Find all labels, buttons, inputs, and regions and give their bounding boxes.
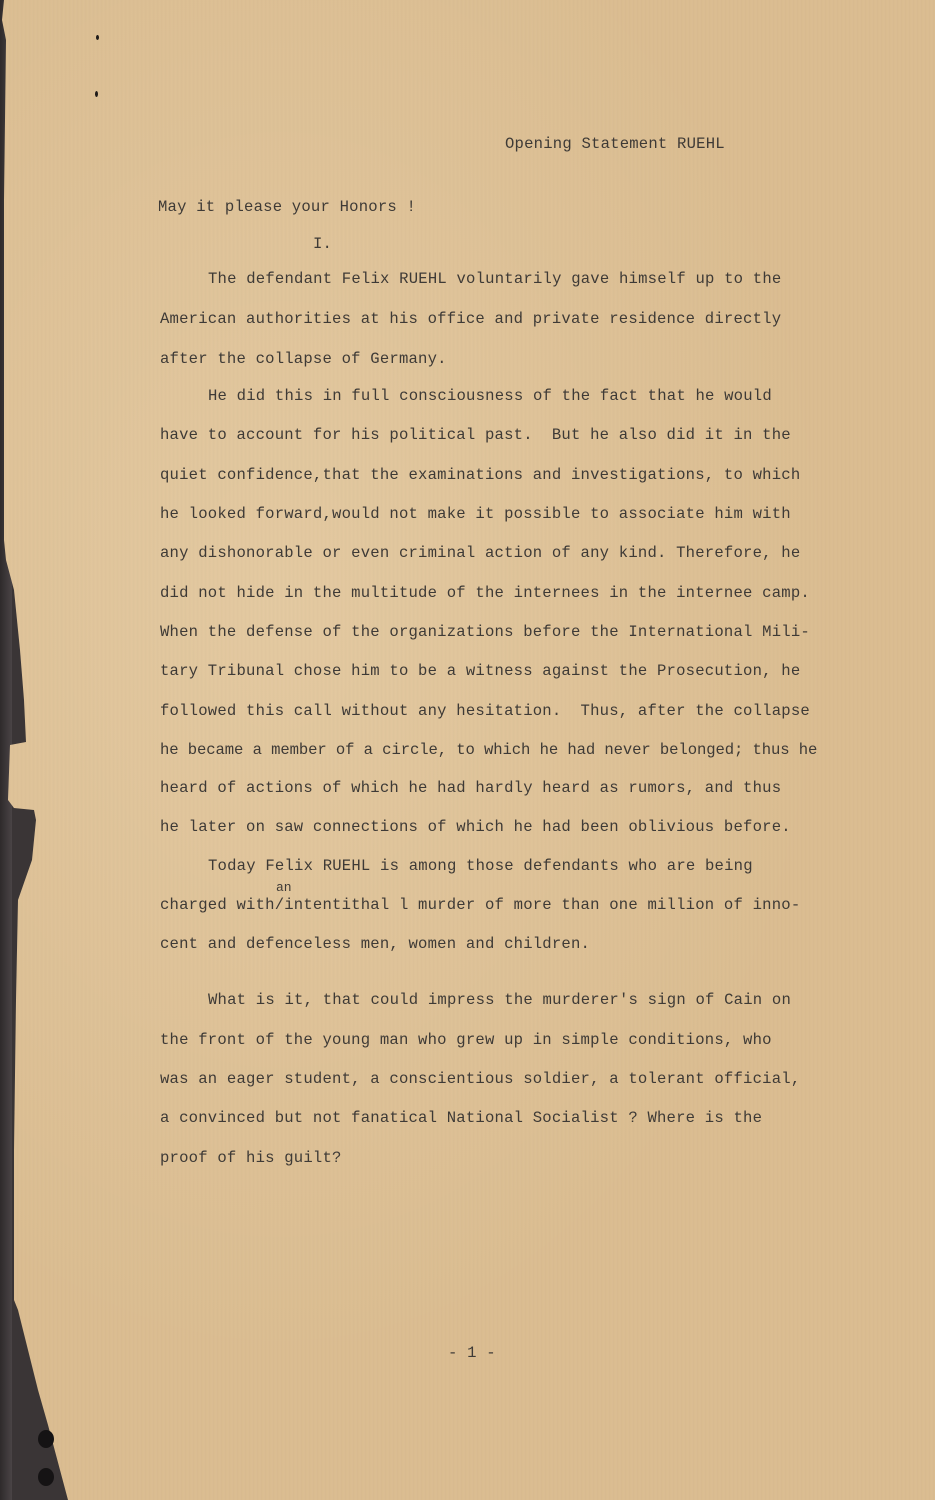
body-line: tary Tribunal chose him to be a witness …: [160, 664, 800, 680]
body-line: did not hide in the multitude of the int…: [160, 586, 810, 602]
body-line: quiet confidence,that the examinations a…: [160, 468, 800, 484]
body-line: was an eager student, a conscientious so…: [160, 1072, 800, 1088]
page-number: - 1 -: [448, 1346, 496, 1362]
body-line: the front of the young man who grew up i…: [160, 1033, 772, 1049]
body-line: The defendant Felix RUEHL voluntarily ga…: [208, 272, 781, 288]
body-line: have to account for his political past. …: [160, 428, 791, 444]
body-line: He did this in full consciousness of the…: [208, 389, 772, 405]
interlinear-insertion: an: [276, 880, 292, 895]
body-line: Today Felix RUEHL is among those defenda…: [208, 859, 753, 875]
body-line: he became a member of a circle, to which…: [160, 743, 817, 759]
document-header: Opening Statement RUEHL: [505, 137, 725, 153]
scanned-page: Opening Statement RUEHL May it please yo…: [0, 0, 935, 1500]
body-line: What is it, that could impress the murde…: [208, 993, 791, 1009]
punch-hole: [38, 1430, 54, 1448]
body-line: charged with/intentithal l murder of mor…: [160, 898, 800, 914]
section-number: I.: [313, 237, 332, 253]
body-line: any dishonorable or even criminal action…: [160, 546, 800, 562]
body-line: American authorities at his office and p…: [160, 312, 781, 328]
paper-speck: [96, 35, 99, 40]
body-line: a convinced but not fanatical National S…: [160, 1111, 762, 1127]
body-line: he later on saw connections of which he …: [160, 820, 791, 836]
paper-speck: [95, 91, 98, 97]
body-line: proof of his guilt?: [160, 1151, 342, 1167]
body-line: When the defense of the organizations be…: [160, 625, 810, 641]
body-line: heard of actions of which he had hardly …: [160, 781, 781, 797]
body-line: he looked forward,would not make it poss…: [160, 507, 791, 523]
punch-hole: [38, 1468, 54, 1486]
body-line: followed this call without any hesitatio…: [160, 704, 810, 720]
body-line: after the collapse of Germany.: [160, 352, 447, 368]
salutation: May it please your Honors !: [158, 200, 416, 216]
body-line: cent and defenceless men, women and chil…: [160, 937, 590, 953]
